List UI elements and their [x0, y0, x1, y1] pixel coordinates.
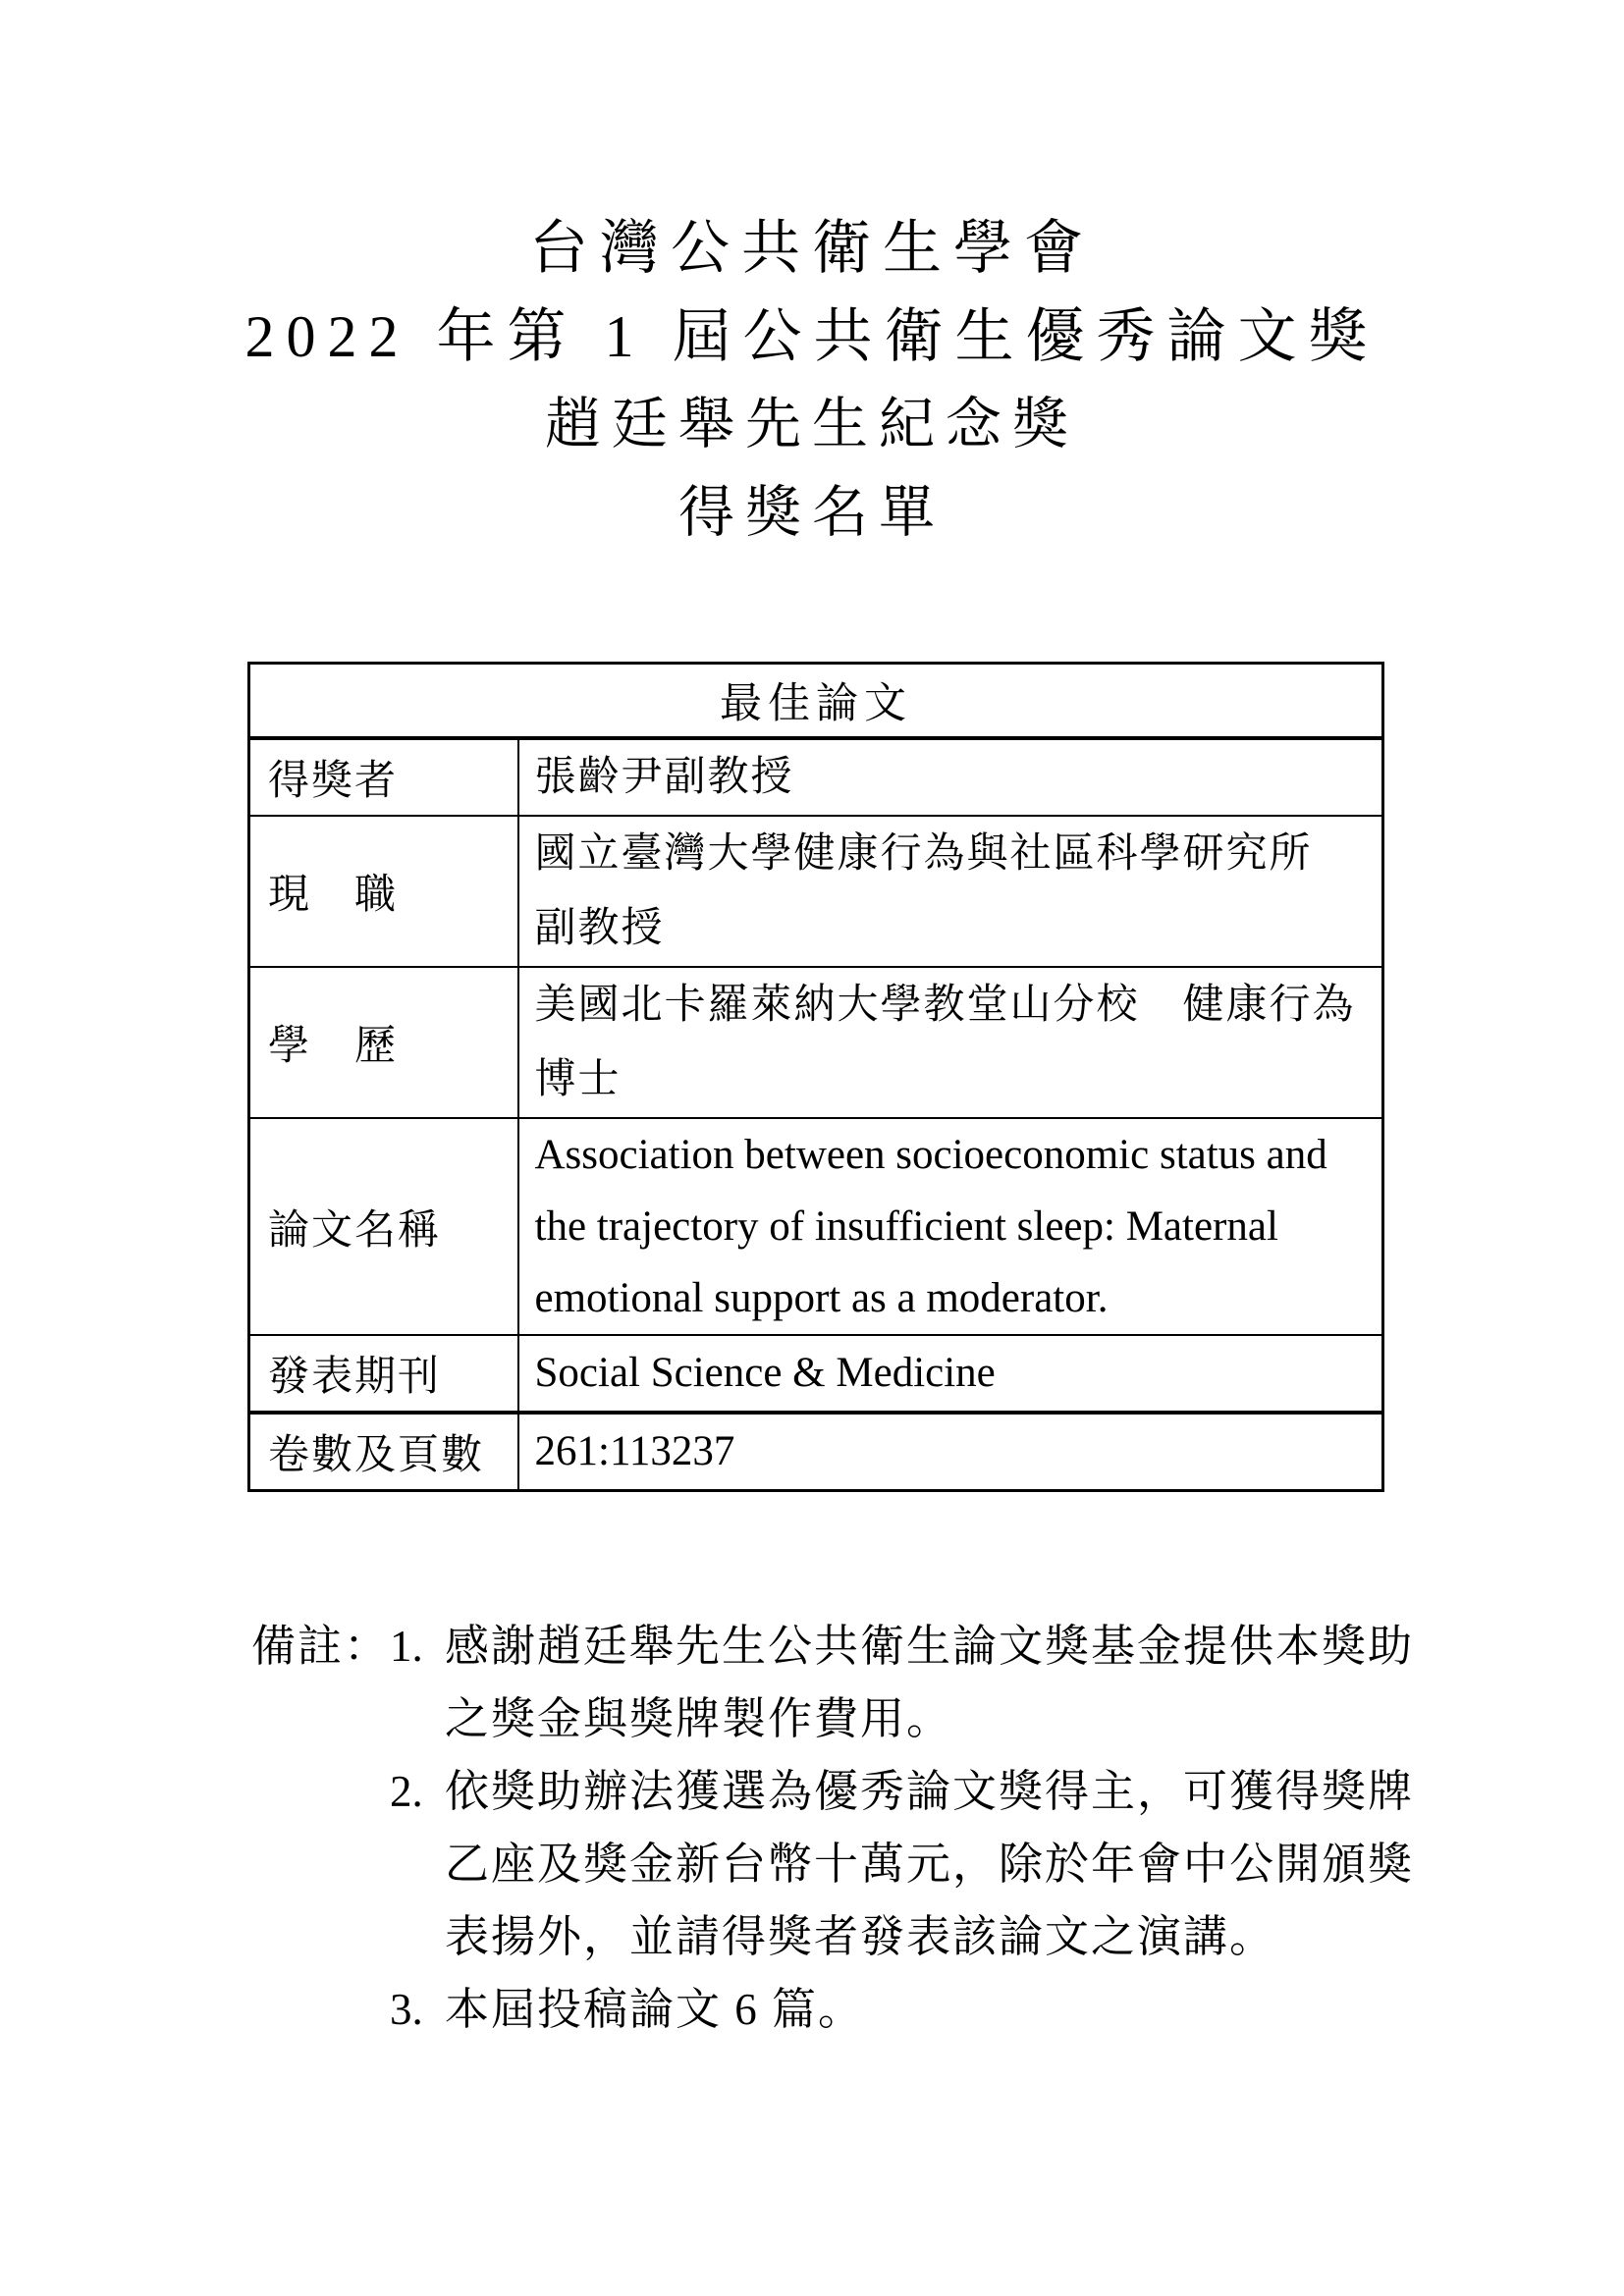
row-value-winner: 張齡尹副教授 — [518, 738, 1383, 816]
remark-number: 3. — [390, 1973, 445, 2046]
table-row-journal: 發表期刊 Social Science & Medicine — [249, 1335, 1383, 1413]
row-value-line: emotional support as a moderator. — [535, 1262, 1367, 1334]
row-label-winner: 得獎者 — [249, 738, 518, 816]
remark-item-1: 1. 感謝趙廷舉先生公共衛生論文獎基金提供本獎助 之獎金與獎牌製作費用。 — [390, 1610, 1624, 1755]
table-row-education: 學 歷 美國北卡羅萊納大學教堂山分校 健康行為 博士 — [249, 967, 1383, 1118]
row-value-line: 博士 — [535, 1042, 1367, 1117]
remark-item-2: 2. 依獎助辦法獲選為優秀論文獎得主，可獲得獎牌 乙座及獎金新台幣十萬元，除於年… — [390, 1755, 1624, 1973]
row-label-current-position: 現 職 — [249, 816, 518, 967]
award-table: 最佳論文 得獎者 張齡尹副教授 現 職 國立臺灣大學健康行為與社區科學研究所 副… — [247, 662, 1384, 1492]
row-value-education: 美國北卡羅萊納大學教堂山分校 健康行為 博士 — [518, 967, 1383, 1118]
row-label-volume-pages: 卷數及頁數 — [249, 1413, 518, 1491]
row-value-current-position: 國立臺灣大學健康行為與社區科學研究所 副教授 — [518, 816, 1383, 967]
row-value-paper-title: Association between socioeconomic status… — [518, 1118, 1383, 1335]
remark-number: 1. — [390, 1610, 445, 1755]
row-value-journal: Social Science & Medicine — [518, 1335, 1383, 1413]
title-line-award-year: 2022 年第 1 屆公共衛生優秀論文獎 — [0, 293, 1624, 381]
row-label-education: 學 歷 — [249, 967, 518, 1118]
row-value-line: Association between socioeconomic status… — [535, 1119, 1367, 1191]
document-page: 台灣公共衛生學會 2022 年第 1 屆公共衛生優秀論文獎 趙廷舉先生紀念獎 得… — [0, 0, 1624, 2296]
row-label-journal: 發表期刊 — [249, 1335, 518, 1413]
table-row-volume-pages: 卷數及頁數 261:113237 — [249, 1413, 1383, 1491]
remark-text: 依獎助辦法獲選為優秀論文獎得主，可獲得獎牌 乙座及獎金新台幣十萬元，除於年會中公… — [445, 1755, 1624, 1973]
row-label-paper-title: 論文名稱 — [249, 1118, 518, 1335]
title-line-winners-list: 得獎名單 — [0, 469, 1624, 558]
table-row-current-position: 現 職 國立臺灣大學健康行為與社區科學研究所 副教授 — [249, 816, 1383, 967]
row-value-line: 副教授 — [535, 891, 1367, 966]
title-line-association: 台灣公共衛生學會 — [0, 204, 1624, 293]
remark-line: 乙座及獎金新台幣十萬元，除於年會中公開頒獎 — [445, 1828, 1624, 1900]
table-row-winner: 得獎者 張齡尹副教授 — [249, 738, 1383, 816]
row-value-line: 國立臺灣大學健康行為與社區科學研究所 — [535, 817, 1367, 891]
remark-text: 感謝趙廷舉先生公共衛生論文獎基金提供本獎助 之獎金與獎牌製作費用。 — [445, 1610, 1624, 1755]
table-row-paper-title: 論文名稱 Association between socioeconomic s… — [249, 1118, 1383, 1335]
title-line-memorial: 趙廷舉先生紀念獎 — [0, 381, 1624, 469]
row-value-line: 張齡尹副教授 — [535, 740, 1367, 815]
remark-item-3: 3. 本屆投稿論文 6 篇。 — [390, 1973, 1624, 2046]
remark-line: 表揚外，並請得獎者發表該論文之演講。 — [445, 1900, 1624, 1973]
remark-line: 依獎助辦法獲選為優秀論文獎得主，可獲得獎牌 — [445, 1755, 1624, 1828]
title-block: 台灣公共衛生學會 2022 年第 1 屆公共衛生優秀論文獎 趙廷舉先生紀念獎 得… — [0, 0, 1624, 558]
row-value-line: 261:113237 — [535, 1415, 1367, 1489]
row-value-volume-pages: 261:113237 — [518, 1413, 1383, 1491]
table-header-row: 最佳論文 — [249, 664, 1383, 739]
remarks-section: 備註： 1. 感謝趙廷舉先生公共衛生論文獎基金提供本獎助 之獎金與獎牌製作費用。… — [251, 1610, 1624, 2046]
remarks-items: 1. 感謝趙廷舉先生公共衛生論文獎基金提供本獎助 之獎金與獎牌製作費用。 2. … — [390, 1610, 1624, 2046]
remark-text: 本屆投稿論文 6 篇。 — [445, 1973, 1624, 2046]
row-value-line: the trajectory of insufficient sleep: Ma… — [535, 1191, 1367, 1262]
row-value-line: Social Science & Medicine — [535, 1336, 1367, 1411]
remark-line: 本屆投稿論文 6 篇。 — [445, 1973, 1624, 2046]
remarks-label: 備註： — [251, 1610, 390, 2046]
remark-number: 2. — [390, 1755, 445, 1973]
remark-line: 感謝趙廷舉先生公共衛生論文獎基金提供本獎助 — [445, 1610, 1624, 1682]
table-header-best-paper: 最佳論文 — [249, 664, 1383, 739]
remark-line: 之獎金與獎牌製作費用。 — [445, 1682, 1624, 1755]
row-value-line: 美國北卡羅萊納大學教堂山分校 健康行為 — [535, 968, 1367, 1042]
